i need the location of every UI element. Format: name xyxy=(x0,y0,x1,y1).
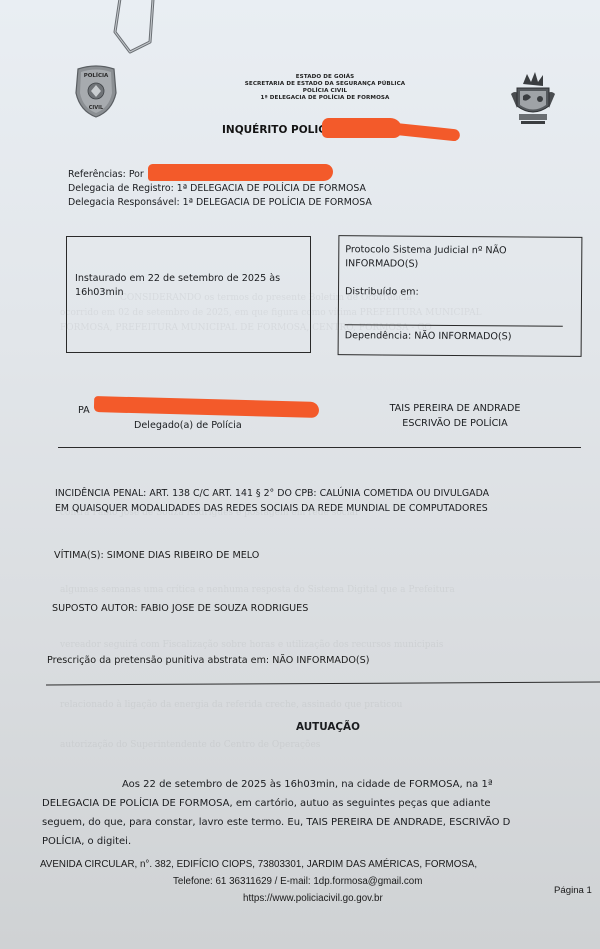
page-number: Página 1 xyxy=(554,885,592,896)
incidencia-line-1: INCIDÊNCIA PENAL: ART. 138 C/C ART. 141 … xyxy=(55,486,489,501)
box-divider xyxy=(345,324,563,327)
instauracao-box: Instaurado em 22 de setembro de 2025 às … xyxy=(66,236,311,353)
header-police: POLÍCIA CIVIL xyxy=(200,88,450,95)
prescricao-text: Prescrição da pretensão punitiva abstrat… xyxy=(47,655,369,666)
footer-website: https://www.policiacivil.go.gov.br xyxy=(243,893,383,904)
escrivao-signature: TAIS PEREIRA DE ANDRADE ESCRIVÃO DE POLÍ… xyxy=(375,401,535,431)
autuacao-line-1: Aos 22 de setembro de 2025 às 16h03min, … xyxy=(42,775,600,794)
autuacao-line-3: seguem, do que, para constar, lavro este… xyxy=(42,813,600,832)
incidencia-line-2: EM QUAISQUER MODALIDADES DAS REDES SOCIA… xyxy=(55,501,489,516)
delegado-role: Delegado(a) de Polícia xyxy=(78,418,242,433)
autuacao-line-2: DELEGACIA DE POLÍCIA DE FORMOSA, em cart… xyxy=(42,794,600,813)
escrivao-role: ESCRIVÃO DE POLÍCIA xyxy=(375,416,535,431)
suposto-autor-text: SUPOSTO AUTOR: FABIO JOSE DE SOUZA RODRI… xyxy=(52,603,308,614)
escrivao-name: TAIS PEREIRA DE ANDRADE xyxy=(375,401,535,416)
protocolo-text: Protocolo Sistema Judicial nº NÃO INFORM… xyxy=(345,243,570,273)
section-divider xyxy=(58,447,581,448)
delegado-name: PA xyxy=(78,405,90,416)
protocolo-box: Protocolo Sistema Judicial nº NÃO INFORM… xyxy=(338,235,583,357)
footer-contact: Telefone: 61 36311629 / E-mail: 1dp.form… xyxy=(173,876,422,887)
autuacao-title: AUTUAÇÃO xyxy=(296,721,360,733)
vitima-text: VÍTIMA(S): SIMONE DIAS RIBEIRO DE MELO xyxy=(54,550,259,561)
distribuido-text: Distribuído em: xyxy=(345,286,419,298)
show-through-text: algumas semanas uma crítica e nenhuma re… xyxy=(60,585,455,595)
delegacia-registro: Delegacia de Registro: 1ª DELEGACIA DE P… xyxy=(68,182,372,196)
footer-address: AVENIDA CIRCULAR, n°. 382, EDIFÍCIO CIOP… xyxy=(40,859,477,870)
header-state: ESTADO DE GOIÁS xyxy=(200,74,450,81)
svg-text:CIVIL: CIVIL xyxy=(89,105,104,111)
section-divider xyxy=(46,682,600,686)
show-through-text: relacionado à ligação da energia da refe… xyxy=(60,700,402,710)
autuacao-paragraph: Aos 22 de setembro de 2025 às 16h03min, … xyxy=(42,775,600,851)
header-delegacia: 1ª DELEGACIA DE POLÍCIA DE FORMOSA xyxy=(200,95,450,102)
instaurado-text: Instaurado em 22 de setembro de 2025 às … xyxy=(75,272,305,300)
show-through-text: autorização do Superintendente do Centro… xyxy=(60,740,320,750)
document-header: ESTADO DE GOIÁS SECRETARIA DE ESTADO DA … xyxy=(200,74,450,102)
incidencia-penal: INCIDÊNCIA PENAL: ART. 138 C/C ART. 141 … xyxy=(55,486,489,516)
goias-coat-of-arms-icon xyxy=(505,70,561,128)
header-secretariat: SECRETARIA DE ESTADO DA SEGURANÇA PÚBLIC… xyxy=(200,81,450,88)
redaction-mark xyxy=(148,164,333,181)
paper-clip-icon xyxy=(112,0,158,60)
delegacia-responsavel: Delegacia Responsável: 1ª DELEGACIA DE P… xyxy=(68,196,372,210)
document-page: CONSIDERANDO os termos do presente Bolet… xyxy=(0,0,600,949)
dependencia-text: Dependência: NÃO INFORMADO(S) xyxy=(345,330,512,342)
svg-text:POLÍCIA: POLÍCIA xyxy=(84,71,109,79)
policia-civil-badge-icon: POLÍCIA CIVIL xyxy=(72,63,120,119)
redaction-mark xyxy=(390,122,461,141)
show-through-text: vereador seguirá com Fiscalização sobre … xyxy=(60,640,443,650)
autuacao-line-4: POLÍCIA, o digitei. xyxy=(42,832,600,851)
